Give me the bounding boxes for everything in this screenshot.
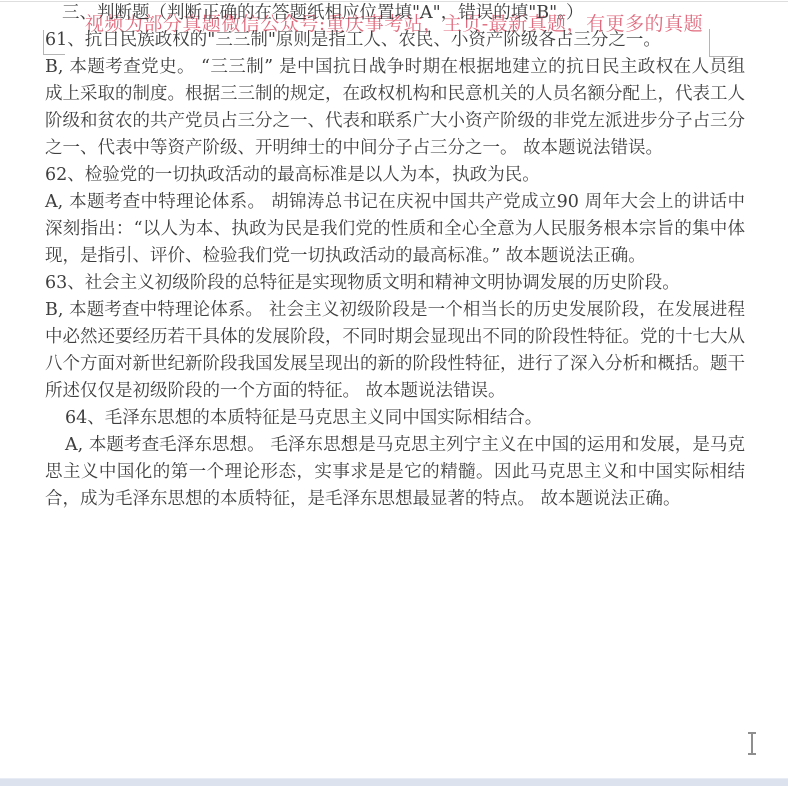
window-bottom-strip — [0, 778, 788, 786]
section-heading: 三、判断题（判断正确的在答题纸相应位置填"A"，错误的填"B"。） — [45, 0, 745, 27]
answer-text-61: B, 本题考查党史。 “三三制” 是中国抗日战争时期在根据地建立的抗日民主政权在… — [45, 54, 745, 162]
document-page: 视频为部分真题微信公众号:重庆事考站，主页-最新真题，有更多的真题 三、判断题（… — [0, 0, 788, 786]
question-block-64: 64、毛泽东思想的本质特征是马克思主义同中国实际相结合。 A, 本题考查毛泽东思… — [45, 405, 745, 513]
question-block-62: 62、检验党的一切执政活动的最高标准是以人为本，执政为民。 A, 本题考查中特理… — [45, 162, 745, 270]
ibeam-stem — [751, 733, 753, 754]
question-block-63: 63、社会主义初级阶段的总特征是实现物质文明和精神文明协调发展的历史阶段。 B,… — [45, 270, 745, 405]
ibeam-cursor-icon — [747, 732, 758, 755]
question-block-61: 61、抗日民族政权的"三三制"原则是指工人、农民、小资产阶级各占三分之一。 B,… — [45, 27, 745, 162]
answer-text-63: B, 本题考查中特理论体系。 社会主义初级阶段是一个相当长的历史发展阶段，在发展… — [45, 297, 745, 405]
answer-text-64: A, 本题考查毛泽东思想。 毛泽东思想是马克思主列宁主义在中国的运用和发展，是马… — [45, 432, 745, 513]
document-body[interactable]: 三、判断题（判断正确的在答题纸相应位置填"A"，错误的填"B"。） 61、抗日民… — [45, 0, 745, 513]
question-text-61: 61、抗日民族政权的"三三制"原则是指工人、农民、小资产阶级各占三分之一。 — [45, 27, 745, 54]
answer-text-62: A, 本题考查中特理论体系。 胡锦涛总书记在庆祝中国共产党成立90 周年大会上的… — [45, 189, 745, 270]
ibeam-cap-bottom — [748, 753, 756, 755]
question-text-63: 63、社会主义初级阶段的总特征是实现物质文明和精神文明协调发展的历史阶段。 — [45, 270, 745, 297]
question-text-64: 64、毛泽东思想的本质特征是马克思主义同中国实际相结合。 — [45, 405, 745, 432]
question-text-62: 62、检验党的一切执政活动的最高标准是以人为本，执政为民。 — [45, 162, 745, 189]
